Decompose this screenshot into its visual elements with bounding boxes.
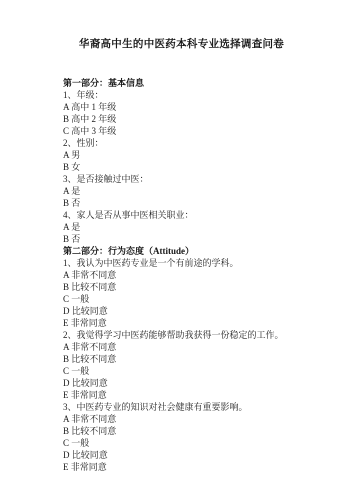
- option-item: E 非常同意: [63, 389, 329, 401]
- option-item: B 比较不同意: [63, 281, 329, 293]
- option-item: A 是: [63, 185, 329, 197]
- option-item: A 是: [63, 221, 329, 233]
- question-text: 1、我认为中医药专业是一个有前途的学科。: [63, 257, 329, 269]
- option-item: B 否: [63, 197, 329, 209]
- option-item: C 一般: [63, 437, 329, 449]
- option-item: D 比较同意: [63, 377, 329, 389]
- question-text: 1、年级：: [63, 89, 329, 101]
- option-item: A 非常不同意: [63, 413, 329, 425]
- option-item: E 非常同意: [63, 461, 329, 473]
- question-text: 3、是否接触过中医：: [63, 173, 329, 185]
- option-item: A 非常不同意: [63, 269, 329, 281]
- option-item: B 比较不同意: [63, 353, 329, 365]
- questionnaire-body: 第一部分：基本信息 1、年级： A 高中 1 年级 B 高中 2 年级 C 高中…: [63, 77, 329, 473]
- option-item: B 高中 2 年级: [63, 113, 329, 125]
- option-item: B 女: [63, 161, 329, 173]
- page-title: 华裔高中生的中医药本科专业选择调查问卷: [0, 0, 363, 51]
- option-item: A 男: [63, 149, 329, 161]
- section-2-header: 第二部分：行为态度（Attitude）: [63, 245, 329, 257]
- option-item: D 比较同意: [63, 449, 329, 461]
- option-item: B 比较不同意: [63, 425, 329, 437]
- option-item: C 一般: [63, 293, 329, 305]
- question-text: 4、家人是否从事中医相关职业：: [63, 209, 329, 221]
- question-text: 2、性别：: [63, 137, 329, 149]
- option-item: D 比较同意: [63, 305, 329, 317]
- option-item: A 非常不同意: [63, 341, 329, 353]
- option-item: A 高中 1 年级: [63, 101, 329, 113]
- question-text: 2、我觉得学习中医药能够帮助我获得一份稳定的工作。: [63, 329, 329, 341]
- option-item: C 一般: [63, 365, 329, 377]
- option-item: E 非常同意: [63, 317, 329, 329]
- option-item: C 高中 3 年级: [63, 125, 329, 137]
- section-1-header: 第一部分：基本信息: [63, 77, 329, 89]
- questionnaire-page: 华裔高中生的中医药本科专业选择调查问卷 第一部分：基本信息 1、年级： A 高中…: [0, 0, 363, 500]
- question-text: 3、中医药专业的知识对社会健康有重要影响。: [63, 401, 329, 413]
- option-item: B 否: [63, 233, 329, 245]
